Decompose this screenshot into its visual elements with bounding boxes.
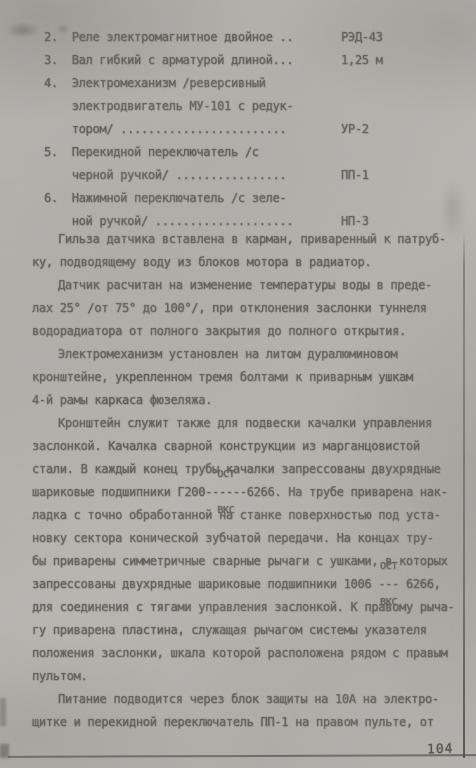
text-line: водорадиатора от полного закрытия до пол…: [32, 320, 468, 343]
list-item-line: 2. Реле электромагнитное двойное ..РЭД-4…: [44, 26, 464, 49]
list-item-line: 3. Вал гибкий с арматурой длиной...1,25 …: [44, 49, 464, 72]
ink-smudge: [6, 22, 40, 38]
fraction-mid: ------: [205, 485, 247, 499]
text-line: Кронштейн служит также для подвески кача…: [32, 412, 468, 435]
body-text: Гильза датчика вставлена в карман, прива…: [32, 228, 468, 734]
page-edge-right: [463, 232, 465, 758]
text-line: для соединения с тягами управления засло…: [32, 596, 468, 619]
page-number: 104: [427, 742, 454, 758]
text-line: бы приварены симметричные сварные рычаги…: [32, 550, 468, 573]
ost-vks-standard-fraction: ОСТ---ВКС: [378, 573, 399, 596]
item-designation: УР-2: [341, 118, 369, 141]
text-line: запрессованы двухрядные шариковые подшип…: [32, 573, 468, 596]
list-item-line: тором/ ........................УР-2: [44, 118, 464, 141]
text-line: Электромеханизм установлен на литом дура…: [32, 343, 468, 366]
list-item-line: 6. Нажимной переключатель /с зеле-: [44, 187, 464, 210]
text-line: Питание подводится через блок защиты на …: [32, 688, 468, 711]
ost-vks-standard-fraction: ОСТ------ВКС: [205, 481, 247, 504]
list-item-line: 5. Перекидной переключатель /с: [44, 141, 464, 164]
text-line: кронштейне, укрепленном тремя болтами к …: [32, 366, 468, 389]
text-line: положения заслонки, шкала которой распол…: [32, 642, 468, 665]
ink-smudge: [0, 698, 6, 726]
text-line: щитке и перекидной переключатель ПП-1 на…: [32, 711, 468, 734]
fraction-top: ОСТ: [205, 470, 247, 480]
item-designation: РЭД-43: [341, 26, 383, 49]
text-line: шариковые подшипники Г200ОСТ------ВКС626…: [32, 481, 468, 504]
list-item-line: 4. Электромеханизм /реверсивный: [44, 72, 464, 95]
text-line: пультом.: [32, 665, 468, 688]
item-designation: 1,25 м: [341, 49, 383, 72]
page-edge-bottom: [8, 754, 476, 758]
fraction-top: ОСТ: [378, 562, 399, 572]
text-line: новку сектора конической зубчатой переда…: [32, 527, 468, 550]
equipment-list: 2. Реле электромагнитное двойное ..РЭД-4…: [44, 26, 464, 233]
text-line: ладка с точно обработанной на станке пов…: [32, 504, 468, 527]
text-line: гу приварена пластина, служащая рычагом …: [32, 619, 468, 642]
text-line: стали. В каждый конец трубы качалки запр…: [32, 458, 468, 481]
list-item-line: электродвигатель МУ-101 с редук-: [44, 95, 464, 118]
text-line: заслонкой. Качалка сварной конструкции и…: [32, 435, 468, 458]
scanned-page: 2. Реле электромагнитное двойное ..РЭД-4…: [0, 0, 476, 768]
text-line: Гильза датчика вставлена в карман, прива…: [32, 228, 468, 251]
text-line: Датчик расчитан на изменение температуры…: [32, 274, 468, 297]
text-line: 4-й рамы каркаса фюзеляжа.: [32, 389, 468, 412]
text-line: ку, подводящему воду из блоков мотора в …: [32, 251, 468, 274]
item-designation: ПП-1: [341, 164, 369, 187]
fraction-mid: ---: [378, 577, 399, 591]
text-line: лах 25° /от 75° до 100°/, при отклонения…: [32, 297, 468, 320]
list-item-line: черной ручкой/ ................ПП-1: [44, 164, 464, 187]
